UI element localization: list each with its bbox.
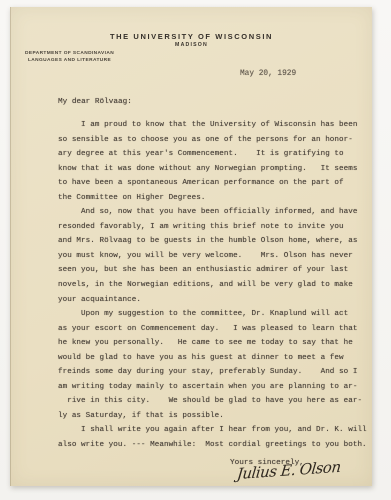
scanned-letter: THE UNIVERSITY OF WISCONSIN MADISON DEPA… xyxy=(0,0,391,500)
letter-date: May 20, 1929 xyxy=(240,70,296,78)
letter-body: I am proud to know that the University o… xyxy=(58,118,358,453)
letterhead-department: DEPARTMENT OF SCANDINAVIAN LANGUAGES AND… xyxy=(25,51,114,64)
letterhead-subtitle: MADISON xyxy=(11,42,372,48)
letter-salutation: My dear Rölvaag: xyxy=(58,98,132,106)
letter-page: THE UNIVERSITY OF WISCONSIN MADISON DEPA… xyxy=(10,7,372,486)
letterhead-title: THE UNIVERSITY OF WISCONSIN xyxy=(11,32,372,41)
